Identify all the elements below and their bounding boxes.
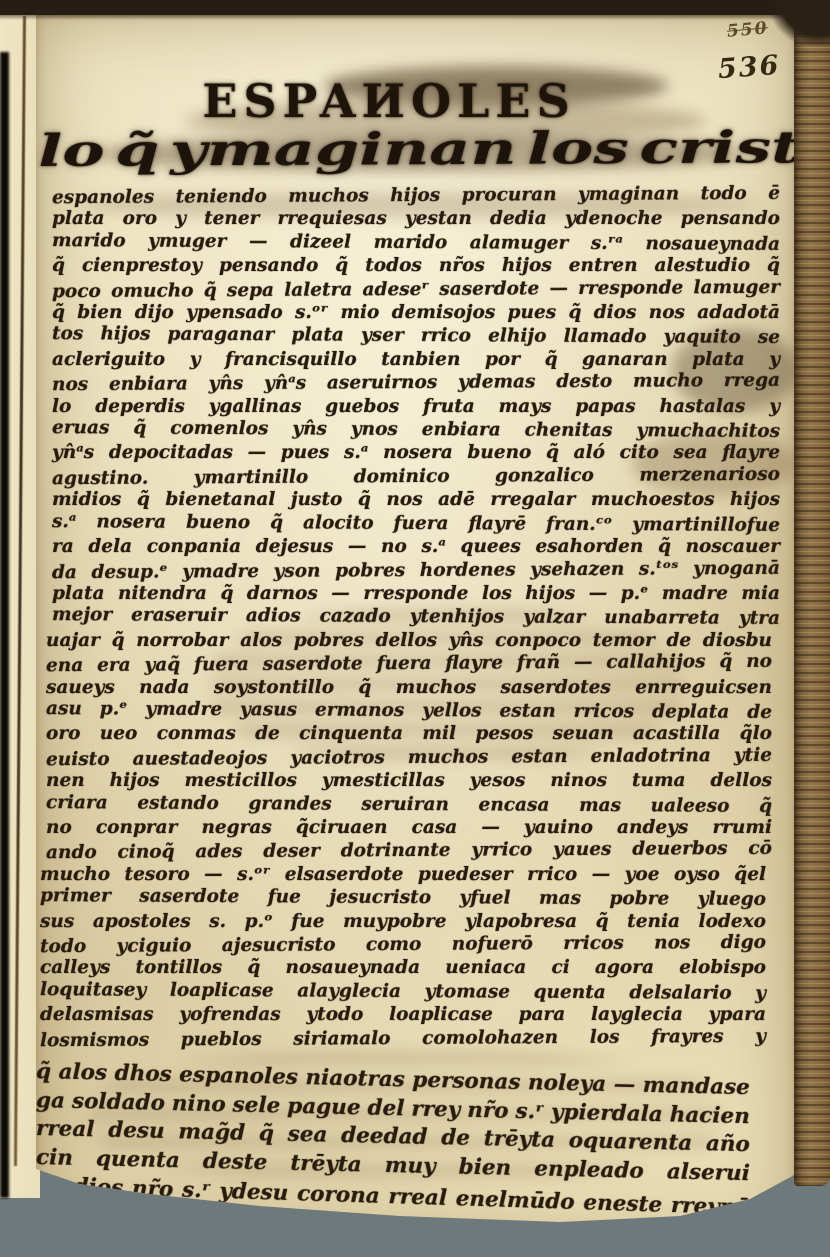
manuscript-text-line: nos enbiara yn̂s yn̂ᵃs aseruirnos ydemas… (52, 369, 780, 397)
manuscript-text-line: lo deperdis ygallinas guebos fruta mays … (52, 395, 780, 418)
manuscript-text-line: yn̂ᵃs depocitadas — pues s.ᵃ nosera buen… (52, 441, 780, 464)
manuscript-text-line: ena era yaq̃ fuera saserdote fuera flayr… (46, 650, 772, 678)
manuscript-text-line: q̃ bien dijo ypensado s.ᵒʳ mio demisojos… (52, 301, 780, 324)
manuscript-text-line: espanoles teniendo muchos hijos procuran… (52, 182, 780, 210)
top-right-dark-corner (770, 0, 830, 46)
book-fore-edge (794, 6, 830, 1186)
manuscript-text-line: oro ueo conmas de cinquenta mil pesos se… (46, 722, 772, 745)
manuscript-text-line: losmismos pueblos siriamalo comolohazen … (40, 1024, 766, 1052)
manuscript-text-line: primer saserdote fue jesucristo yfuel ma… (40, 884, 766, 911)
manuscript-text-line: sus apostoles s. p.ᵒ fue muypobre ylapob… (40, 910, 766, 933)
manuscript-body-text: espanoles teniendo muchos hijos procuran… (52, 184, 780, 1201)
manuscript-text-line: da desup.ᵉ ymadre yson pobres hordenes y… (52, 556, 780, 584)
manuscript-text-line: ando cinoq̃ ades deser dotrinante yrrico… (46, 837, 772, 865)
manuscript-text-line: loquitasey loaplicase alayglecia ytomase… (40, 978, 766, 1005)
manuscript-text-line: acleriguito y francisquillo tanbien por … (52, 348, 780, 371)
page-subtitle: lo q̃ ymaginan los cristianos (38, 126, 793, 174)
manuscript-text-line: marido ymuger — dizeel marido alamuger s… (52, 229, 780, 256)
manuscript-page: 550 536 ESPAИOLES lo q̃ ymaginan los cri… (36, 14, 796, 1249)
manuscript-text-line: plata nitendra q̃ darnos — rresponde los… (52, 582, 780, 605)
manuscript-text-line: no conprar negras q̃ciruaen casa — yauin… (46, 816, 772, 839)
manuscript-text-line: agustino. ymartinillo dominico gonzalico… (52, 463, 780, 491)
page-title: ESPAИOLES (36, 78, 742, 124)
spine-shadow (0, 52, 9, 1198)
manuscript-text-line: saueys nada soystontillo q̃ muchos saser… (46, 676, 772, 699)
folio-number-crossed-out: 550 (726, 18, 769, 42)
manuscript-text-line: q̃ cienprestoy pensando q̃ todos nr̃os h… (52, 254, 780, 277)
manuscript-text-line: poco omucho q̃ sepa laletra adeseʳ saser… (52, 275, 780, 303)
manuscript-text-line: asu p.ᵉ ymadre yasus ermanos yellos esta… (46, 697, 772, 724)
top-binding-band (0, 0, 830, 15)
manuscript-scan: 550 536 ESPAИOLES lo q̃ ymaginan los cri… (0, 0, 830, 1257)
manuscript-text-line: mucho tesoro — s.ᵒʳ elsaserdote puedeser… (40, 863, 766, 886)
manuscript-text-line: calleys tontillos q̃ nosaueynada ueniaca… (40, 956, 766, 979)
manuscript-text-line: ra dela conpania dejesus — no s.ᵃ quees … (52, 535, 780, 558)
manuscript-text-line: delasmisas yofrendas ytodo loaplicase pa… (40, 1003, 766, 1026)
manuscript-text-line: midios q̃ bienetanal justo q̃ nos adē rr… (52, 488, 780, 511)
manuscript-text-line: mejor eraseruir adios cazado ytenhijos y… (52, 603, 780, 630)
manuscript-text-line: eruas q̃ comenlos yn̂s ynos enbiara chen… (52, 416, 780, 443)
manuscript-text-line: nen hijos mesticillos ymesticillas yesos… (46, 769, 772, 792)
manuscript-text-line: tos hijos paraganar plata yser rrico elh… (52, 323, 780, 350)
manuscript-text-line: todo yciguio ajesucristo como nofuerō rr… (40, 931, 766, 959)
manuscript-text-line: plata oro y tener rrequiesas yestan dedi… (52, 207, 780, 230)
manuscript-text-line: s.ᵃ nosera bueno q̃ alocito fuera flayrē… (52, 510, 780, 537)
manuscript-text-line: criara estando grandes seruiran encasa m… (46, 791, 772, 818)
manuscript-text-line: euisto auestadeojos yaciotros muchos est… (46, 744, 772, 772)
manuscript-text-line: uajar q̃ norrobar alos pobres dellos yn̂… (46, 629, 772, 652)
